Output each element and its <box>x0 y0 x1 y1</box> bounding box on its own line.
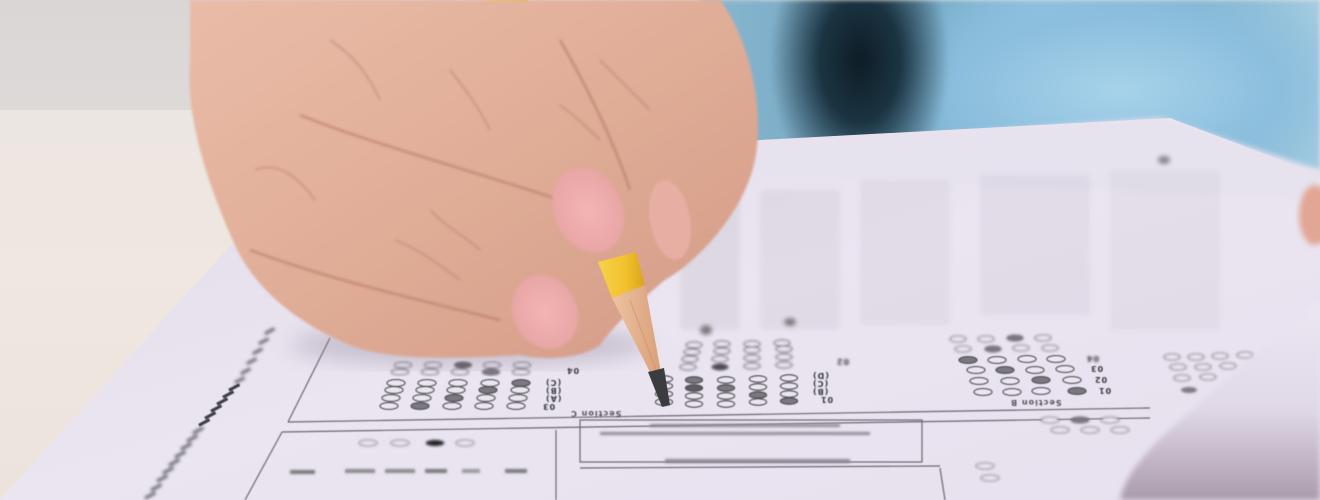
hand-with-pencil <box>0 0 1320 500</box>
photo-scene: 03 (A) (B) (C) 04 Section C 01 (B) (C) (… <box>0 0 1320 500</box>
